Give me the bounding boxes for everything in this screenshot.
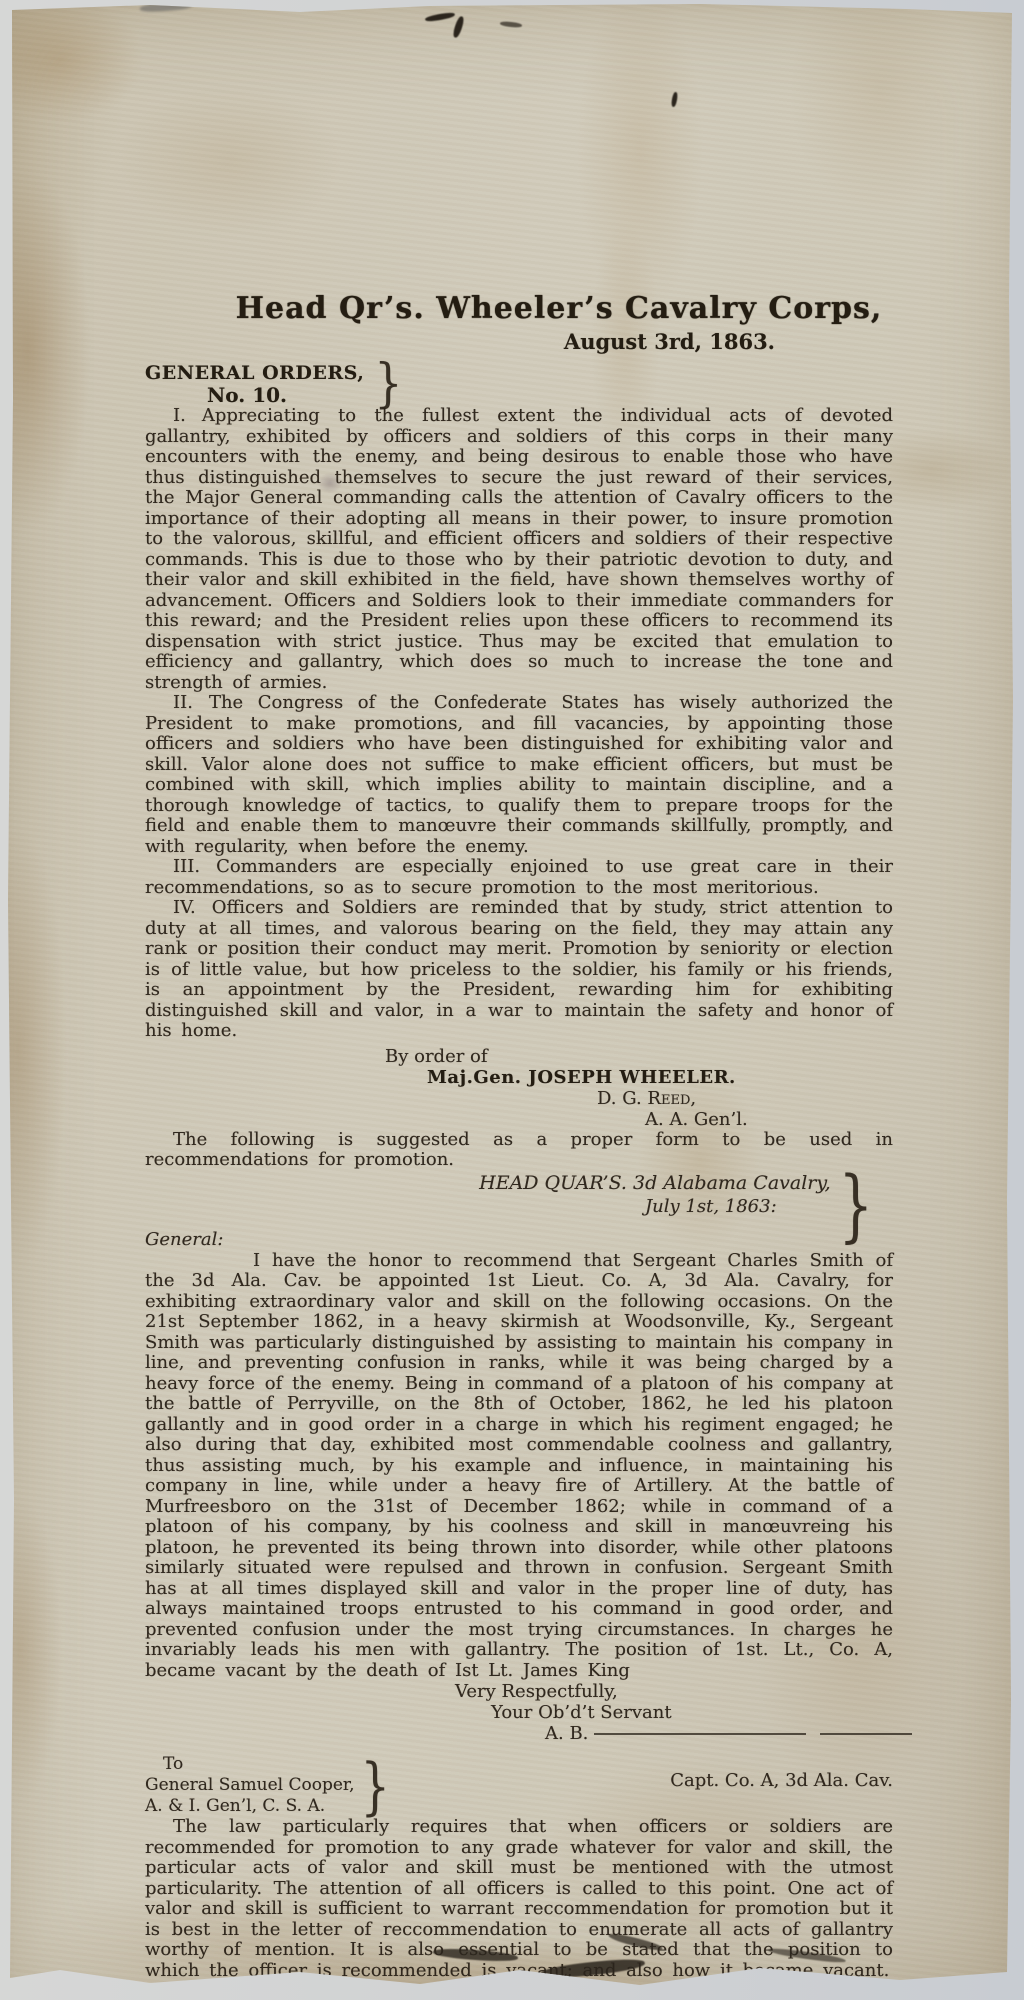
paragraph-2-number: II. xyxy=(173,692,193,713)
signature-blank-rule xyxy=(594,1732,806,1735)
by-order-line: By order of xyxy=(385,1046,893,1067)
paragraph-1-number: I. xyxy=(173,405,186,426)
masthead-title: Head Qr’s. Wheeler’s Cavalry Corps, xyxy=(185,290,933,328)
signature-initials: A. B. xyxy=(545,1723,588,1744)
address-name: General Samuel Cooper, xyxy=(145,1775,355,1796)
paragraph-2-text: The Congress of the Confederate States h… xyxy=(145,692,893,857)
paragraph-1: I.Appreciating to the fullest extent the… xyxy=(145,406,893,693)
letter-body: I have the honor to recommend that Serge… xyxy=(145,1251,893,1682)
closing-paragraph: The law particularly requires that when … xyxy=(145,1817,893,1981)
letter-heading-date: July 1st, 1863: xyxy=(479,1195,831,1219)
address-title: A. & I. Gen’l, C. S. A. xyxy=(145,1796,355,1817)
brace-glyph: } xyxy=(361,1750,390,1820)
general-orders-label: GENERAL ORDERS, xyxy=(145,362,364,384)
paragraph-3-number: III. xyxy=(173,856,200,877)
scanned-document-photo: { "document": { "brace": "}", "masthead"… xyxy=(0,0,1024,2000)
signature-title: Capt. Co. A, 3d Ala. Cav. xyxy=(670,1770,893,1791)
letter-footer-row: To General Samuel Cooper, A. & I. Gen’l,… xyxy=(145,1754,893,1817)
adjutant-name: D. G. Reed, xyxy=(597,1088,893,1109)
address-block: To General Samuel Cooper, A. & I. Gen’l,… xyxy=(145,1754,390,1817)
printed-text-column: Head Qr’s. Wheeler’s Cavalry Corps, Augu… xyxy=(145,0,893,1981)
letter-closing-2: Your Ob’d’t Servant xyxy=(491,1702,893,1723)
address-lines: To General Samuel Cooper, A. & I. Gen’l,… xyxy=(145,1754,355,1817)
brace-glyph: } xyxy=(374,358,402,411)
signature-line: A. B. xyxy=(545,1723,893,1744)
letter-salutation: General: xyxy=(145,1229,893,1251)
order-heading: GENERAL ORDERS, No. 10. } xyxy=(145,362,893,406)
paragraph-3: III.Commanders are especially enjoined t… xyxy=(145,857,893,898)
adjutant-title: A. A. Gen’l. xyxy=(645,1109,893,1130)
order-heading-lines: GENERAL ORDERS, No. 10. xyxy=(145,362,364,406)
paragraph-3-text: Commanders are especially enjoined to us… xyxy=(145,856,893,898)
letter-heading-unit: HEAD QUAR’S. 3d Alabama Cavalry, xyxy=(479,1171,831,1195)
brace-glyph: } xyxy=(839,1163,873,1247)
paragraph-1-text: Appreciating to the fullest extent the i… xyxy=(145,405,893,693)
paragraph-4-number: IV. xyxy=(173,897,196,918)
letter-closing-1: Very Respectfully, xyxy=(455,1681,893,1702)
paragraph-2: II.The Congress of the Confederate State… xyxy=(145,693,893,857)
letter-heading: HEAD QUAR’S. 3d Alabama Cavalry, July 1s… xyxy=(145,1171,893,1229)
date-line: August 3rd, 1863. xyxy=(145,330,893,354)
form-intro: The following is suggested as a proper f… xyxy=(145,1130,893,1171)
paragraph-4: IV.Officers and Soldiers are reminded th… xyxy=(145,898,893,1042)
order-number: No. 10. xyxy=(207,384,364,406)
address-to: To xyxy=(163,1754,355,1775)
aged-paper-sheet: Head Qr’s. Wheeler’s Cavalry Corps, Augu… xyxy=(0,0,1024,2000)
paragraph-4-text: Officers and Soldiers are reminded that … xyxy=(145,897,893,1041)
letter-heading-lines: HEAD QUAR’S. 3d Alabama Cavalry, July 1s… xyxy=(479,1171,831,1219)
signature-blank-rule xyxy=(820,1732,912,1735)
commanding-general-name: Maj.Gen. JOSEPH WHEELER. xyxy=(427,1067,893,1088)
